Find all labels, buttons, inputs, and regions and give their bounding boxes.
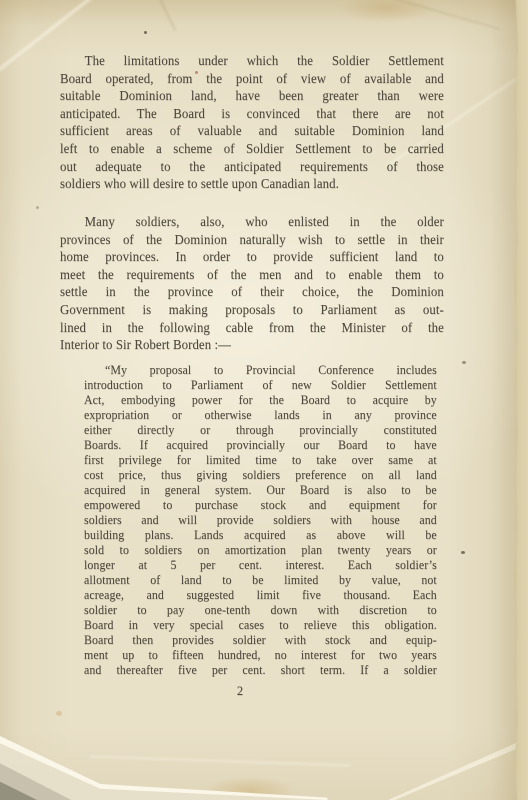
- text-line: Government is making proposals to Parlia…: [60, 302, 444, 320]
- text-line: soldiers who will desire to settle upon …: [60, 176, 444, 194]
- text-line: soldier to pay one-tenth down with discr…: [84, 602, 437, 617]
- paper-stain: [202, 776, 298, 800]
- text-line: ment up to fifteen hundred, no interest …: [84, 647, 437, 662]
- text-line: soldiers and will provide soldiers with …: [84, 512, 437, 527]
- text-line: cost price, thus giving soldiers prefere…: [84, 467, 437, 482]
- cable-quote-paragraph: “My proposal to Provincial Conference in…: [84, 362, 437, 677]
- text-line: Boards. If acquired provincially our Boa…: [84, 437, 437, 452]
- text-line: empowered to purchase stock and equipmen…: [84, 497, 437, 512]
- paragraph-limitations: The limitations under which the Soldier …: [60, 53, 444, 194]
- text-line: Board then provides soldier with stock a…: [84, 632, 437, 647]
- page-deckle-edge: [510, 0, 528, 800]
- text-line: sufficient areas of valuable and suitabl…: [60, 123, 444, 141]
- crease-line: [140, 0, 177, 31]
- text-line: “My proposal to Provincial Conference in…: [84, 362, 437, 377]
- text-line: Many soldiers, also, who enlisted in the…: [60, 214, 444, 232]
- text-line: anticipated. The Board is convinced that…: [60, 106, 444, 124]
- paper-stain: [338, 0, 434, 22]
- text-line: Act, embodying power for the Board to ac…: [84, 392, 437, 407]
- text-line: Interior to Sir Robert Borden :—: [60, 337, 444, 355]
- text-line: provinces of the Dominion naturally wish…: [60, 232, 444, 250]
- text-line: Board operated, from the point of view o…: [60, 71, 444, 89]
- text-line: acquired in general system. Our Board is…: [84, 482, 437, 497]
- text-line: acreage, and suggested limit five thousa…: [84, 587, 437, 602]
- text-line: first privilege for limited time to take…: [84, 452, 437, 467]
- text-line: longer at 5 per cent. interest. Each sol…: [84, 557, 437, 572]
- text-line: expropriation or otherwise lands in any …: [84, 407, 437, 422]
- text-line: and thereafter five per cent. short term…: [84, 662, 437, 677]
- text-line: lined in the following cable from the Mi…: [60, 320, 444, 338]
- text-line: introduction to Parliament of new Soldie…: [84, 377, 437, 392]
- text-line: out adequate to the anticipated requirem…: [60, 159, 444, 177]
- text-line: settle in the province of their choice, …: [60, 284, 444, 302]
- text-line: either directly or through provincially …: [84, 422, 437, 437]
- paper-speck: [461, 551, 465, 554]
- text-line: suitable Dominion land, have been greate…: [60, 88, 444, 106]
- text-line: allotment of land to be limited by value…: [84, 572, 437, 587]
- paper-speck: [56, 711, 62, 716]
- text-line: sold to soldiers on amortization plan tw…: [84, 542, 437, 557]
- paper-speck: [462, 361, 466, 364]
- paragraph-many-soldiers: Many soldiers, also, who enlisted in the…: [60, 214, 444, 355]
- text-line: building plans. Lands acquired as above …: [84, 527, 437, 542]
- text-line: The limitations under which the Soldier …: [60, 53, 444, 71]
- text-line: home provinces. In order to provide suff…: [60, 249, 444, 267]
- paper-speck: [36, 206, 39, 209]
- crease-line: [90, 755, 350, 766]
- paper-speck: [144, 31, 147, 34]
- scanned-page: The limitations under which the Soldier …: [0, 0, 528, 800]
- crease-line: [374, 0, 500, 30]
- page-number: 2: [232, 684, 248, 699]
- text-line: Board in very special cases to relieve t…: [84, 617, 437, 632]
- text-line: meet the requirements of the men and to …: [60, 267, 444, 285]
- text-line: left to enable a scheme of Soldier Settl…: [60, 141, 444, 159]
